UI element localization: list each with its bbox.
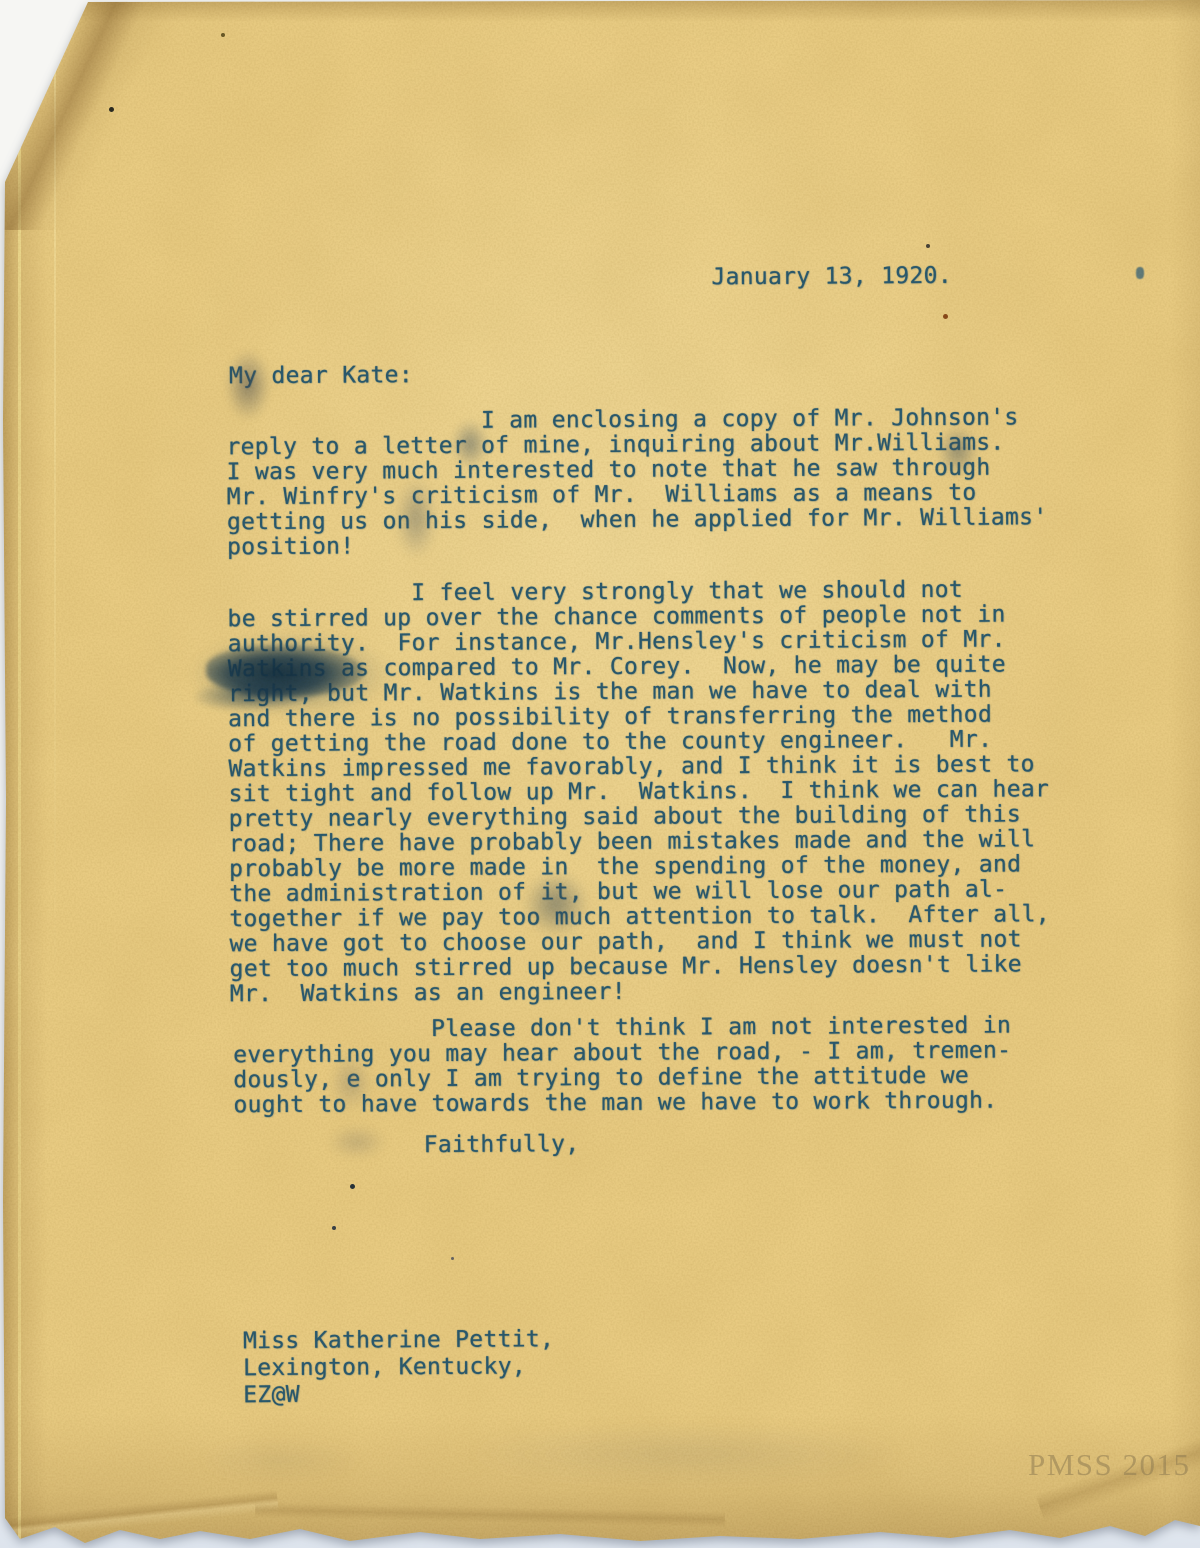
letter-date: January 13, 1920. bbox=[711, 264, 952, 290]
paper-shadow-wrap: January 13, 1920. My dear Kate: I am enc… bbox=[0, 0, 1200, 1548]
paper-speck bbox=[74, 11, 79, 16]
letter-paragraph-3: Please don't think I am not interested i… bbox=[233, 1013, 1012, 1118]
letter-text: January 13, 1920. My dear Kate: I am enc… bbox=[0, 0, 1200, 1548]
paper-sheet: January 13, 1920. My dear Kate: I am enc… bbox=[0, 0, 1200, 1548]
recipient-address-block: Miss Katherine Pettit, Lexington, Kentuc… bbox=[243, 1326, 555, 1409]
scanned-letter-page: January 13, 1920. My dear Kate: I am enc… bbox=[0, 0, 1200, 1548]
letter-paragraph-2: I feel very strongly that we should not … bbox=[227, 577, 1050, 1007]
archive-watermark: PMSS 2015 bbox=[1028, 1447, 1191, 1483]
letter-closing: Faithfully, bbox=[424, 1132, 580, 1158]
letter-paragraph-1: I am enclosing a copy of Mr. Johnson's r… bbox=[226, 405, 1047, 560]
letter-salutation: My dear Kate: bbox=[229, 363, 413, 389]
